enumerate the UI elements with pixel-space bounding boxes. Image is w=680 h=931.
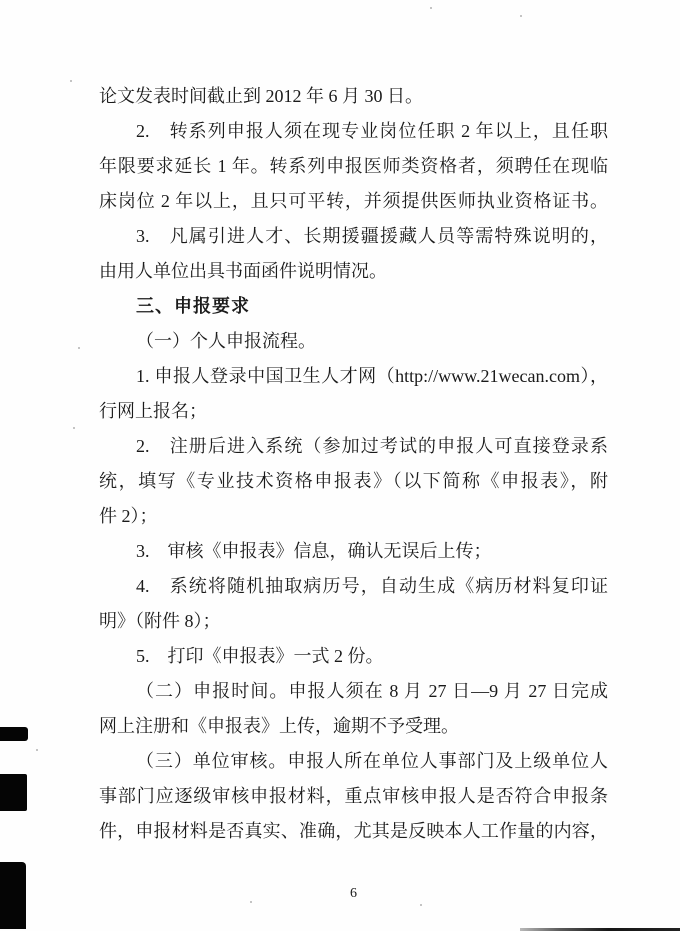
text-line: 网上注册和《申报表》上传，逾期不予受理。: [99, 709, 608, 744]
text-line: 统，填写《专业技术资格申报表》（以下简称《申报表》，附: [99, 464, 608, 499]
text-line: 年限要求延长 1 年。转系列申报医师类资格者，须聘任在现临: [99, 149, 608, 184]
section-heading: 三、申报要求: [99, 289, 608, 324]
text-line: （三）单位审核。申报人所在单位人事部门及上级单位人: [99, 744, 608, 779]
scan-artifact-binding-mark-middle: [0, 774, 27, 811]
scan-noise-dot: [73, 427, 75, 429]
scanned-document-page: 论文发表时间截止到 2012 年 6 月 30 日。2. 转系列申报人须在现专业…: [0, 0, 680, 931]
text-line: 4. 系统将随机抽取病历号，自动生成《病历材料复印证: [99, 569, 608, 604]
scan-noise-dot: [78, 347, 80, 349]
text-line: （一）个人申报流程。: [99, 324, 608, 359]
scan-noise-dot: [520, 15, 522, 17]
text-line: 事部门应逐级审核申报材料，重点审核申报人是否符合申报条: [99, 779, 608, 814]
text-line: 3. 审核《申报表》信息，确认无误后上传；: [99, 534, 608, 569]
document-body: 论文发表时间截止到 2012 年 6 月 30 日。2. 转系列申报人须在现专业…: [99, 79, 608, 849]
page-number: 6: [99, 886, 608, 902]
text-line: 3. 凡属引进人才、长期援疆援藏人员等需特殊说明的，: [99, 219, 608, 254]
text-line: 明》（附件 8）；: [99, 604, 608, 639]
scan-noise-dot: [430, 7, 432, 9]
text-line: （二）申报时间。申报人须在 8 月 27 日—9 月 27 日完成: [99, 674, 608, 709]
text-line: 由用人单位出具书面函件说明情况。: [99, 254, 608, 289]
text-line: 床岗位 2 年以上，且只可平转，并须提供医师执业资格证书。: [99, 184, 608, 219]
scan-noise-dot: [420, 904, 422, 906]
text-line: 论文发表时间截止到 2012 年 6 月 30 日。: [99, 79, 608, 114]
text-line: 5. 打印《申报表》一式 2 份。: [99, 639, 608, 674]
text-line: 2. 转系列申报人须在现专业岗位任职 2 年以上，且任职: [99, 114, 608, 149]
text-line: 件，申报材料是否真实、准确，尤其是反映本人工作量的内容，: [99, 814, 608, 849]
text-line: 2. 注册后进入系统（参加过考试的申报人可直接登录系: [99, 429, 608, 464]
scan-artifact-binding-mark-bottom: [0, 862, 26, 929]
text-line: 行网上报名；: [99, 394, 608, 429]
scan-noise-dot: [70, 80, 72, 82]
text-line: 件 2）；: [99, 499, 608, 534]
text-line: 1. 申报人登录中国卫生人才网（http://www.21wecan.com），…: [99, 359, 608, 394]
scan-noise-dot: [36, 749, 38, 751]
scan-artifact-binding-mark-top: [0, 727, 28, 741]
scan-noise-dot: [250, 901, 252, 903]
